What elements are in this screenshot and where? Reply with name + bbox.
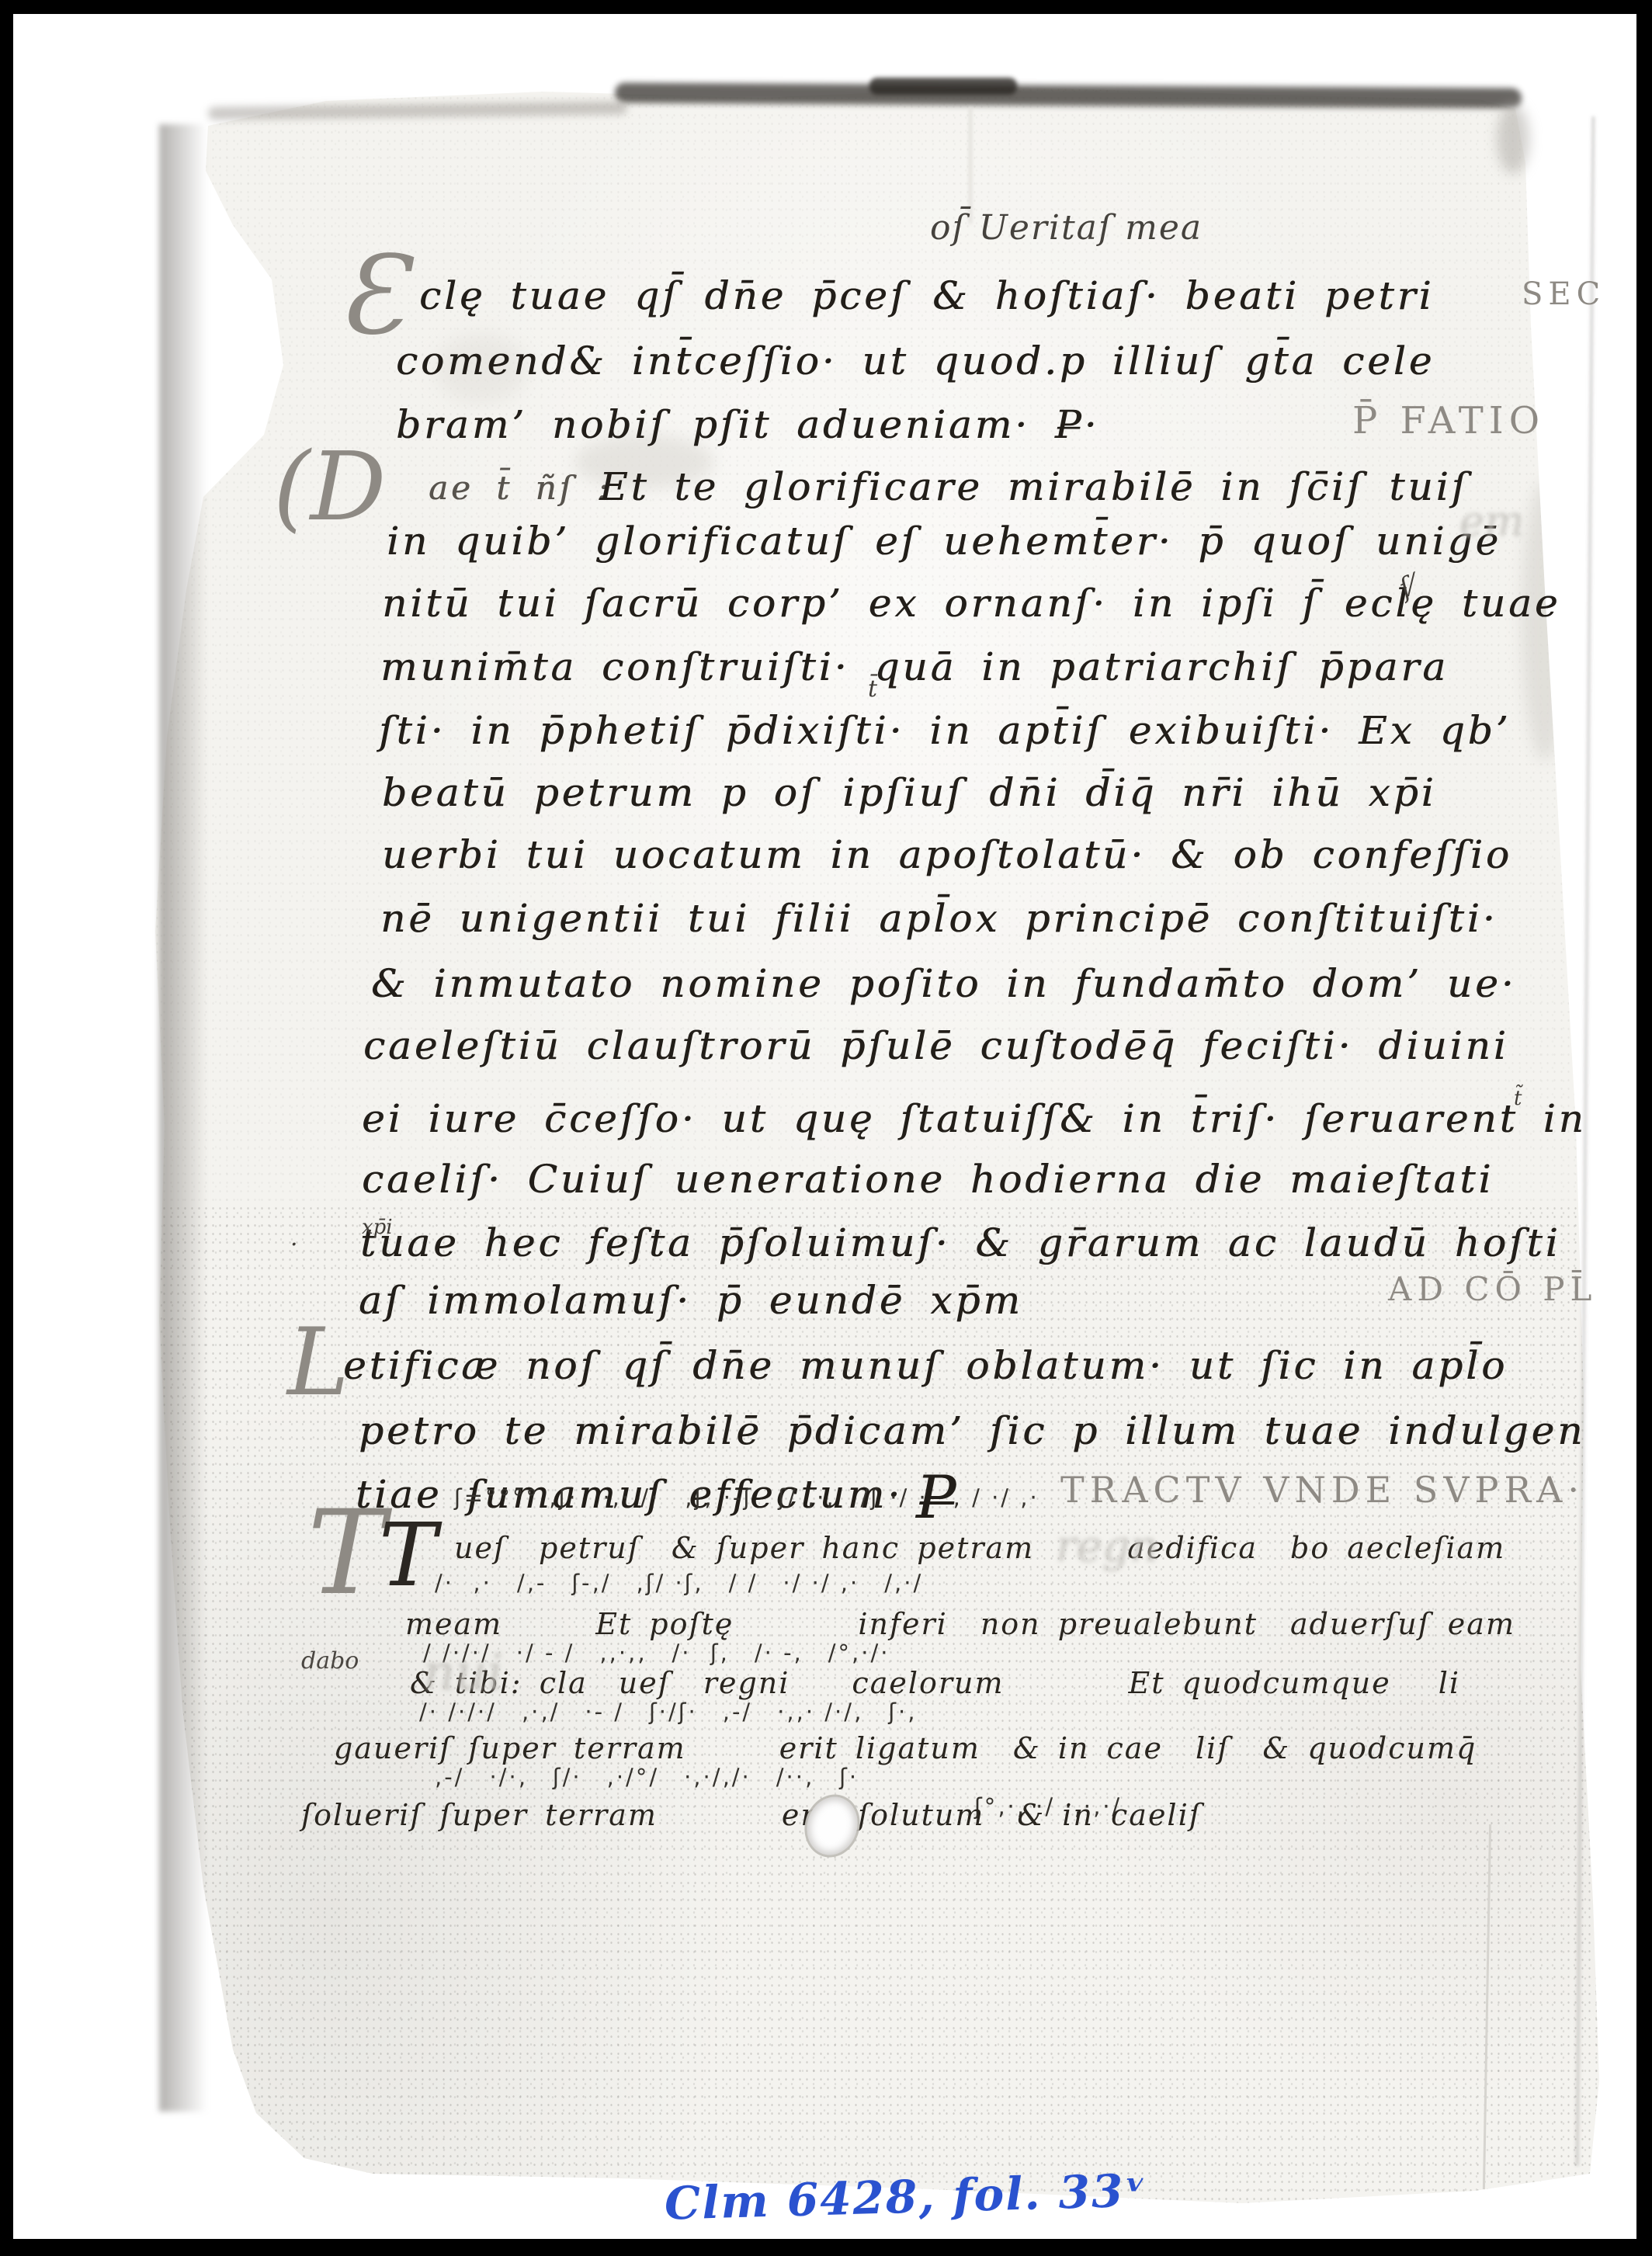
- neume-row: /· ,· /‚- ʃ-‚/ ,ʃ/ ·ʃ, / / ·/ ·/ ,· /,·/: [435, 1570, 923, 1596]
- bleedthrough-ghost: em: [1459, 497, 1524, 546]
- interlinear-xpi: xp̄i: [362, 1216, 393, 1239]
- chant-line: & tibi: cla ueſ regni caelorum Et quodcu…: [410, 1666, 1460, 1700]
- text-line: tuae hec feſta p̄ſoluimuſ· & gr̄arum ac …: [360, 1220, 1561, 1265]
- interlinear-t: t̄: [868, 675, 877, 703]
- text-line: caeliſ· Cuiuſ ueneratione hodierna die m…: [362, 1157, 1494, 1202]
- text-line: comend& int̄ceſſio· ut quod.p illiuſ gt̄…: [396, 338, 1435, 384]
- text-line: Et te glorificare mirabilē in ſc̄iſ tui…: [599, 464, 1469, 509]
- text-line: nē unigentii tui filii apl̄ox principē…: [380, 896, 1498, 941]
- text-line: munim̄ta conſtruiſti· quā in patriarchi…: [380, 644, 1449, 689]
- initial-T-ink: T: [379, 1512, 437, 1599]
- offertory-incipit: oſ̄ Ueritaſ mea: [930, 208, 1203, 248]
- manuscript-text-layer: oſ̄ Ueritaſ meaSECP̄ FATIOAD CŌ PL̄TRAC…: [0, 0, 1652, 2256]
- interlinear-t2: t̃: [1514, 1087, 1522, 1110]
- text-line: & inmutato nomine poſito in fundam̄to do…: [371, 961, 1517, 1006]
- initial-VD: (D: [273, 439, 386, 534]
- chant-line: ſolueriſ ſuper terram erit ſolutum & in …: [301, 1798, 1202, 1832]
- chant-line: meam Et poſtę inferi non preualebunt adu…: [405, 1607, 1515, 1641]
- neume-row: ,-/ ·/·‚ ʃ/· ,·/°/ ·,·/‚/· /··‚ ʃ·: [435, 1764, 859, 1790]
- chant-line: gaueriſ ſuper terram erit ligatum & in c…: [334, 1731, 1477, 1765]
- bleedthrough-ghost: regn: [1056, 1522, 1158, 1572]
- rubric-tract: TRACTV VNDE SVPRA·: [1060, 1469, 1584, 1511]
- text-line: aſ immolamuſ· p̄ eundē xp̄m: [359, 1278, 1023, 1323]
- chant-line: ueſ petruſ & ſuper hanc petram aedifica …: [454, 1531, 1505, 1565]
- rubric-prefatio: P̄ FATIO: [1352, 399, 1545, 443]
- rubric-ad-complendum: AD CŌ PL̄: [1388, 1270, 1597, 1308]
- text-line-faded: ae t̄ ñſ :: [429, 469, 612, 507]
- neume-row: /· /·/·/ ,·‚/ ·- / ʃ·/ʃ· ,-/ ·,,· /·/‚ ʃ…: [419, 1699, 917, 1725]
- bleedthrough-ghost: nui: [423, 1644, 503, 1702]
- margin-note-dabo: dabo: [301, 1647, 359, 1675]
- text-line: ſti· in p̄phetiſ p̄dixiſti· in apt̄iſ ex…: [379, 708, 1511, 753]
- photo-frame: oſ̄ Ueritaſ meaSECP̄ FATIOAD CŌ PL̄TRAC…: [0, 0, 1652, 2256]
- neume-row: ʃ=°°°° ,ʃ· ·,· /· ,ʃ‚ ·-ʃ ʃ/ ,·, /ʃ ·/ ·…: [454, 1484, 1039, 1511]
- text-line: nitū tui ſacrū corp’ ex ornanſ· in ipſ…: [382, 581, 1561, 626]
- text-line: ei iure c̄ceſſo· ut quę ſtatuiſſ& in t̄r…: [362, 1096, 1587, 1141]
- text-line: beatū petrum p oſ ipſiuſ dn̄i d̄iq̄ nr̄…: [382, 770, 1437, 815]
- margin-dot: ·: [290, 1231, 298, 1258]
- text-line: caeleſtiū clauſtrorū p̄ſulē cuſtodēq…: [363, 1023, 1509, 1068]
- initial-E: Ɛ: [338, 242, 406, 351]
- initial-L: L: [287, 1317, 349, 1410]
- text-line: in quib’ glorificatuſ eſ uehemt̄er· p̄ q…: [387, 519, 1501, 564]
- text-line: petro te mirabilē p̄dicam’ ſic p illum …: [359, 1408, 1585, 1453]
- text-line: etificæ noſ qſ̄ dn̄e munuſ oblatum· ut ſ…: [343, 1343, 1508, 1388]
- text-line: uerbi tui uocatum in apoſtolatū· & ob c…: [382, 832, 1512, 877]
- text-line: clę tuae qſ̄ dn̄e p̄ceſ & hoſtiaſ· beati…: [419, 273, 1435, 318]
- text-line: bram’ nobiſ pſit adueniam· P̶·: [396, 402, 1099, 447]
- rubric-secreta: SEC: [1522, 276, 1605, 312]
